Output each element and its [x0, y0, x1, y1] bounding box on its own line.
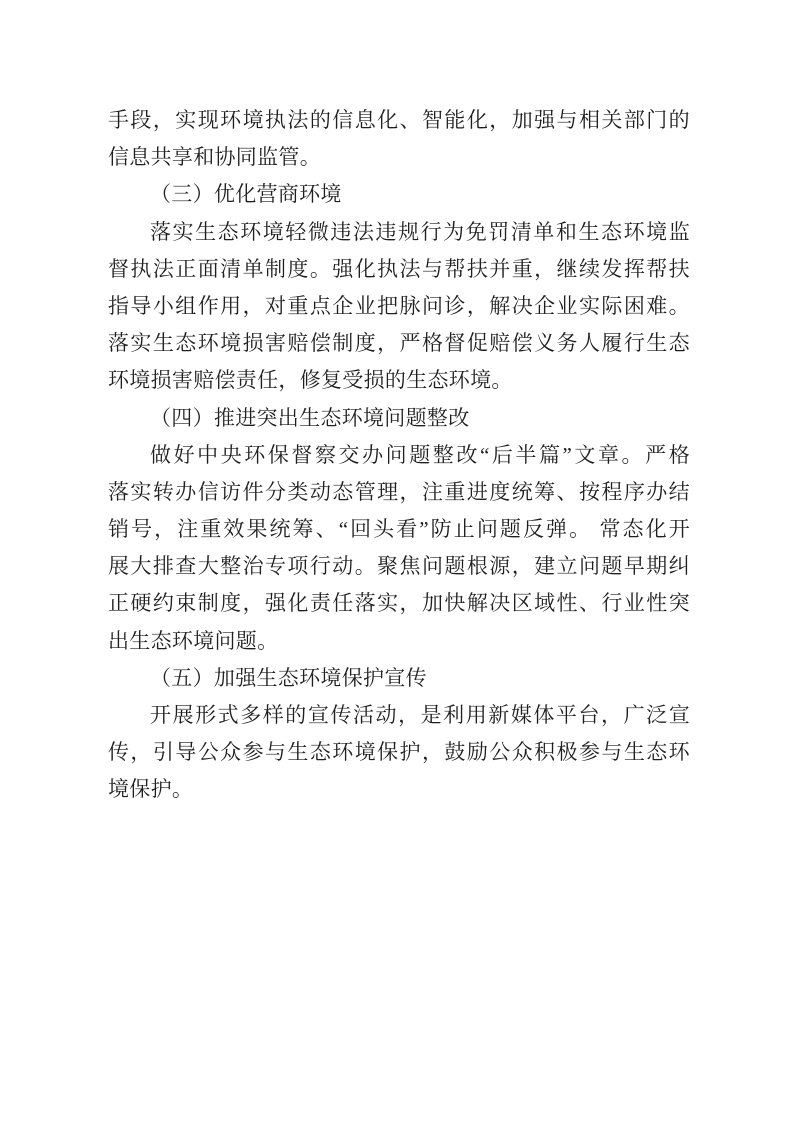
- text-line: 展大排查大整治专项行动。聚焦问题根源，建立问题早期纠: [108, 548, 690, 585]
- text-line: 指导小组作用，对重点企业把脉问诊，解决企业实际困难。: [108, 288, 690, 325]
- text-line: 传，引导公众参与生态环境保护，鼓励公众积极参与生态环: [108, 734, 690, 771]
- document-page: 手段，实现环境执法的信息化、智能化，加强与相关部门的 信息共享和协同监管。 （三…: [0, 0, 793, 1122]
- text-line: 环境损害赔偿责任，修复受损的生态环境。: [108, 362, 690, 399]
- section-heading-four: （四）推进突出生态环境问题整改: [108, 400, 690, 437]
- text-line: 出生态环境问题。: [108, 623, 690, 660]
- text-line: 督执法正面清单制度。强化执法与帮扶并重，继续发挥帮扶: [108, 251, 690, 288]
- text-line: 正硬约束制度，强化责任落实，加快解决区域性、行业性突: [108, 585, 690, 622]
- text-line: 落实生态环境损害赔偿制度，严格督促赔偿义务人履行生态: [108, 325, 690, 362]
- text-line: 境保护。: [108, 771, 690, 808]
- text-line: 落实生态环境轻微违法违规行为免罚清单和生态环境监: [108, 214, 690, 251]
- document-text-block: 手段，实现环境执法的信息化、智能化，加强与相关部门的 信息共享和协同监管。 （三…: [108, 102, 690, 809]
- text-line: 做好中央环保督察交办问题整改“后半篇”文章。严格: [108, 437, 690, 474]
- text-line: 信息共享和协同监管。: [108, 139, 690, 176]
- text-line: 开展形式多样的宣传活动，是利用新媒体平台，广泛宣: [108, 697, 690, 734]
- section-heading-three: （三）优化营商环境: [108, 176, 690, 213]
- text-line-continuation: 手段，实现环境执法的信息化、智能化，加强与相关部门的: [108, 102, 690, 139]
- section-heading-five: （五）加强生态环境保护宣传: [108, 660, 690, 697]
- text-line: 销号，注重效果统筹、“回头看”防止问题反弹。 常态化开: [108, 511, 690, 548]
- text-line: 落实转办信访件分类动态管理，注重进度统筹、按程序办结: [108, 474, 690, 511]
